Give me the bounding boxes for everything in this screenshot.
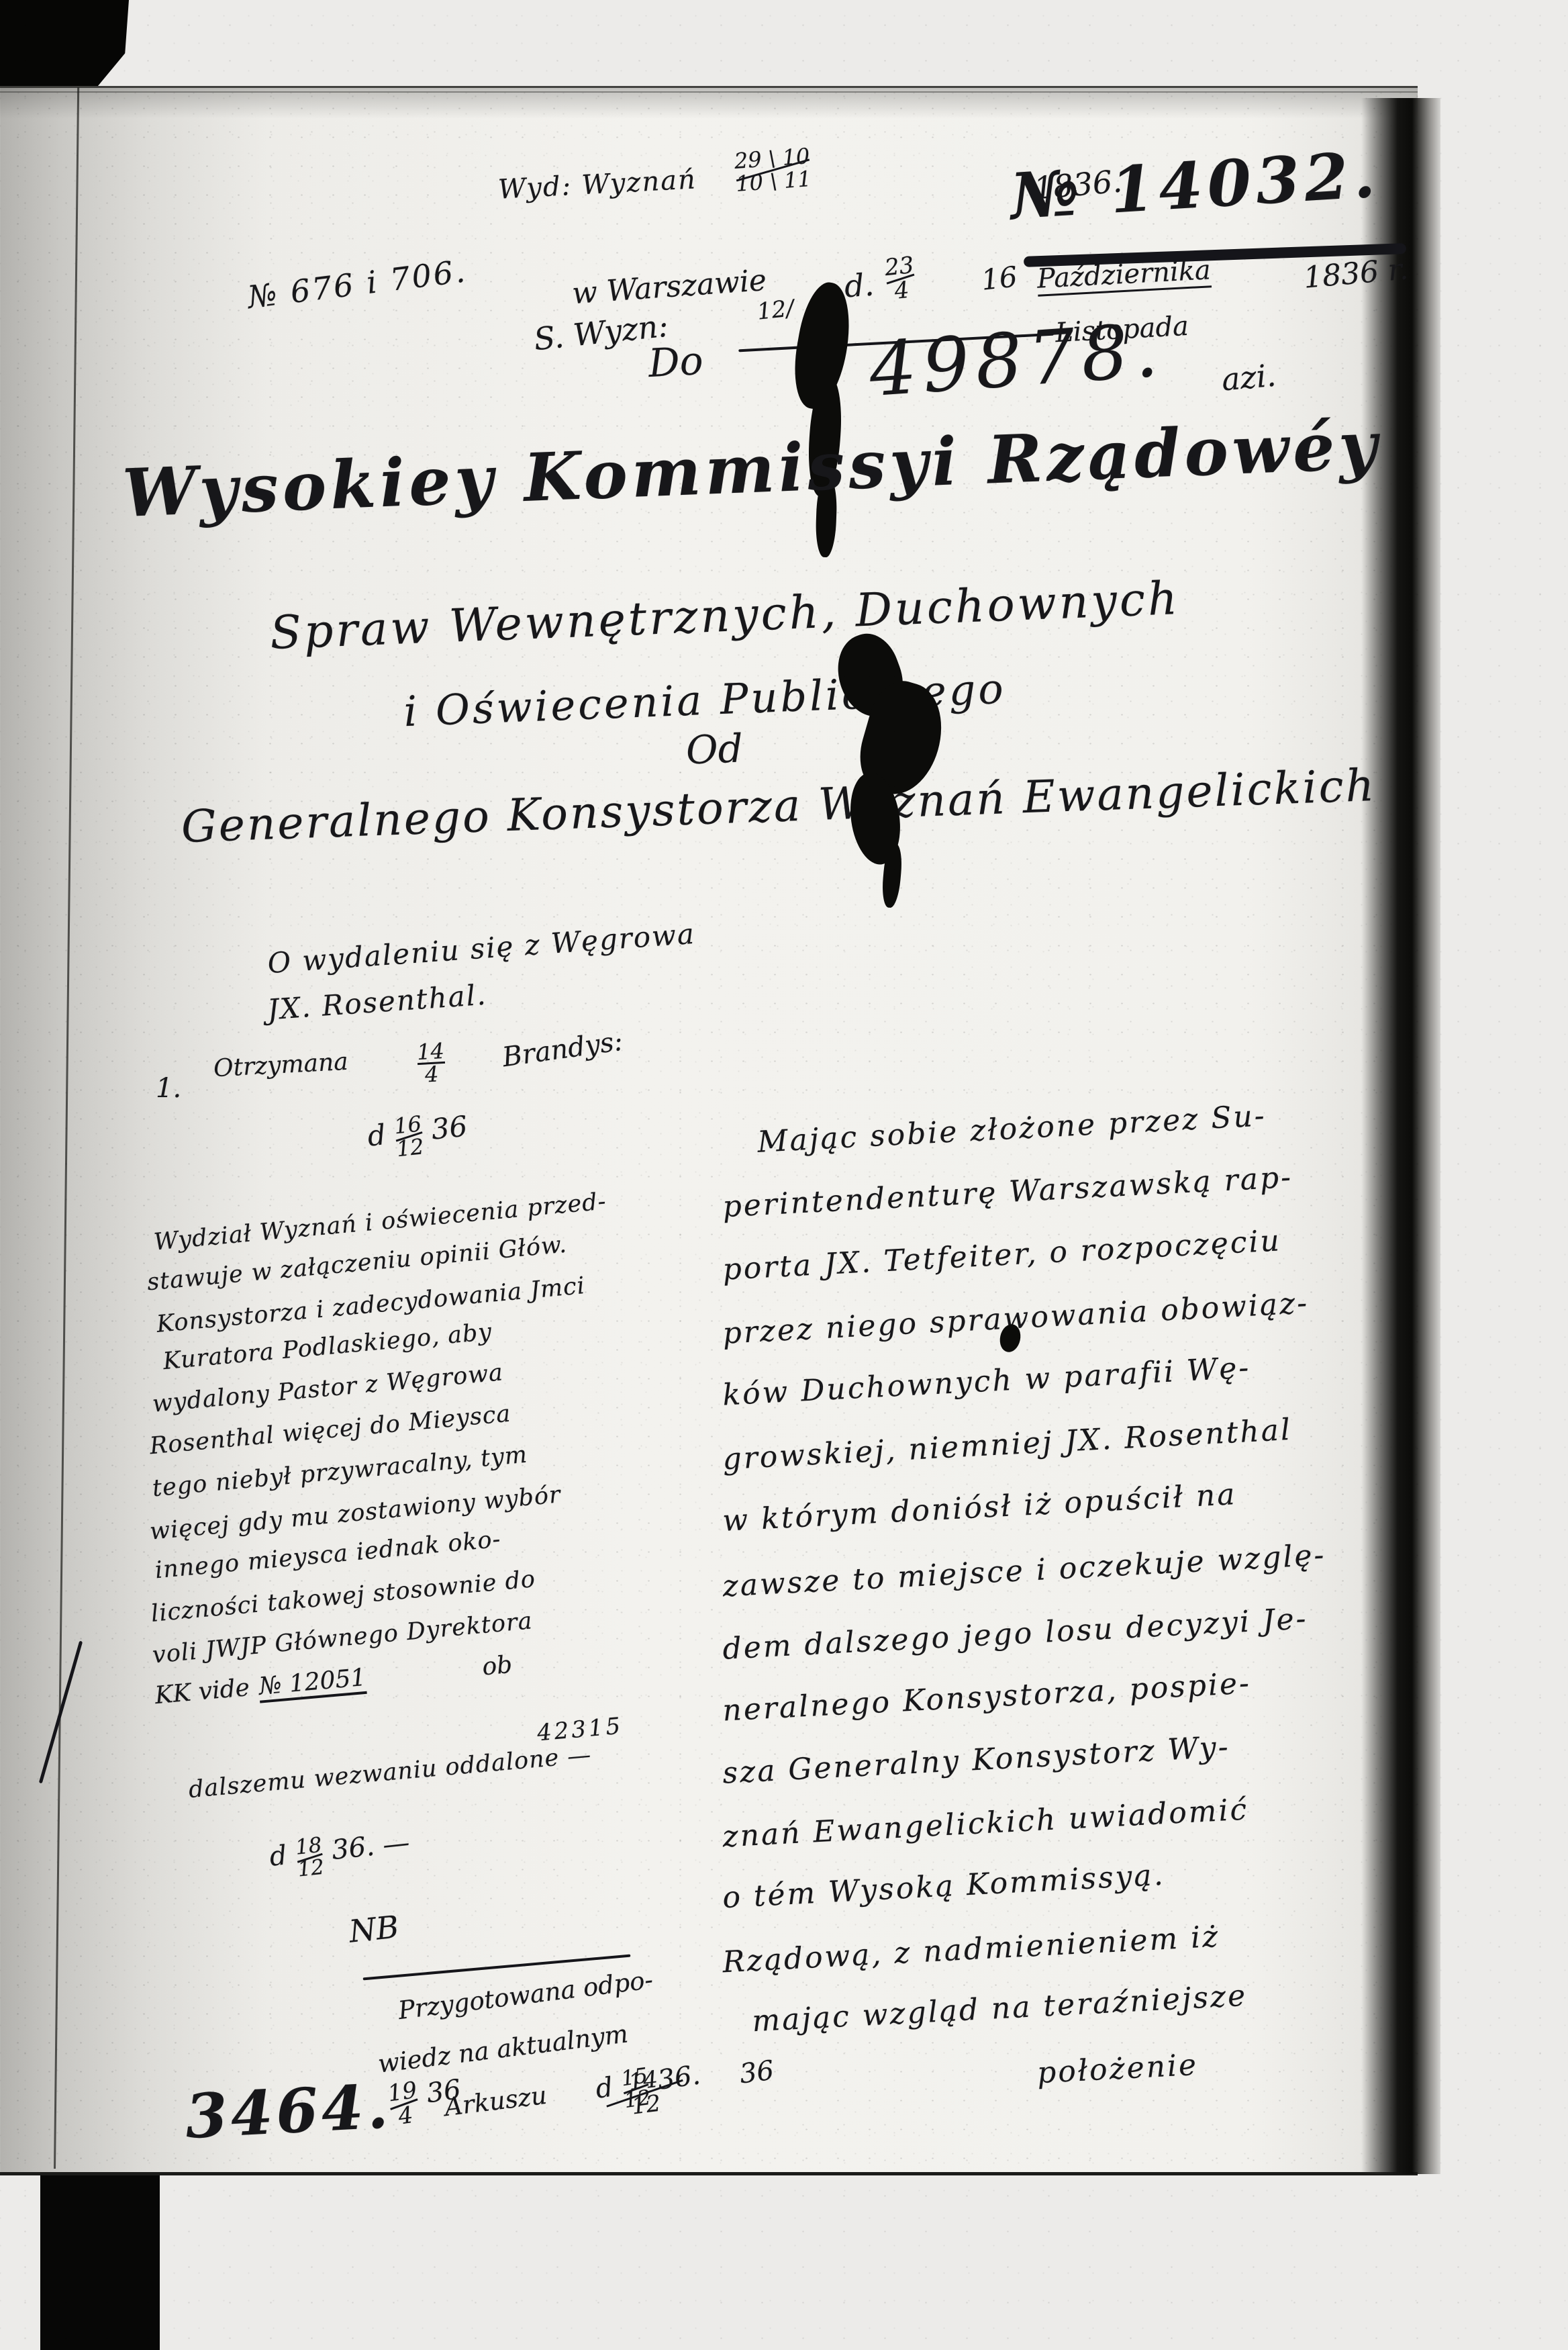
received-top: 14 (416, 1041, 444, 1062)
ann-d: d (268, 1840, 288, 1872)
film-edge-bottom (40, 2175, 160, 2350)
footer-frac1-bottom: 4 (397, 2105, 415, 2127)
received-bottom: 4 (424, 1064, 439, 1084)
date-d-label: d. (843, 267, 875, 305)
ref-suffix: ob (481, 1651, 513, 1681)
nb-mark: NB (347, 1908, 400, 1949)
film-edge-corner (0, 0, 129, 86)
received-fraction: 14 4 (416, 1041, 446, 1085)
footer-frac2-year: 36 (738, 2055, 775, 2090)
office-fraction: 12/ (756, 295, 795, 326)
scanned-document: Wyd: Wyznań 29 \ 10 10 \ 11 1836. № 1403… (0, 0, 1568, 2350)
footer-frac1-year: 36 (425, 2074, 463, 2110)
subject-date-year: 36 (430, 1109, 469, 1145)
dept-date-bottom: 10 \ 11 (735, 169, 812, 194)
day-extra: 16 (980, 260, 1019, 296)
document-number-suffix: azi. (1220, 357, 1277, 398)
subject-date-d: d (366, 1118, 387, 1153)
day-bottom: 4 (893, 279, 910, 301)
margin-mark: 1. (156, 1073, 181, 1104)
dept-date-fraction: 29 \ 10 10 \ 11 (734, 146, 812, 193)
footer-number: 3464. (183, 2071, 393, 2153)
do-label: Do (647, 338, 704, 386)
title-od-label: Od (685, 726, 744, 773)
day-fraction: 23 4 (884, 255, 918, 302)
